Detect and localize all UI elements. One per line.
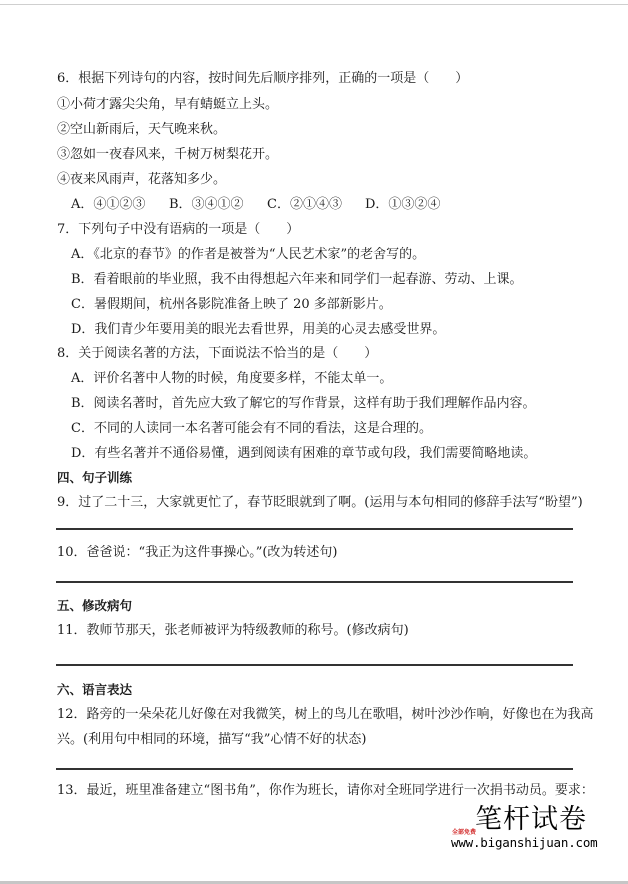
q8-option-b[interactable]: B．阅读名著时，首先应大致了解它的写作背景，这样有助于我们理解作品内容。 <box>71 396 536 412</box>
q9-stem: 9．过了二十三，大家就更忙了，春节眨眼就到了啊。(运用与本句相同的修辞手法写“盼… <box>57 495 583 511</box>
top-border <box>0 4 628 5</box>
q10-answer-line[interactable] <box>56 581 573 583</box>
q6-choice-d[interactable]: D．①③②④ <box>365 197 463 213</box>
q12-stem-line-2: 兴。(利用句中相同的环境，描写“我”心情不好的状态) <box>57 732 366 748</box>
q8-stem: 8．关于阅读名著的方法，下面说法不恰当的是（ ） <box>57 346 377 362</box>
q6-line-2: ②空山新雨后，天气晚来秋。 <box>57 122 226 138</box>
q6-stem: 6．根据下列诗句的内容，按时间先后顺序排列，正确的一项是（ ） <box>57 71 468 87</box>
q7-option-b[interactable]: B．看着眼前的毕业照，我不由得想起六年来和同学们一起春游、劳动、上课。 <box>71 272 523 288</box>
q9-answer-line[interactable] <box>56 528 573 530</box>
q6-choices: A．④①②③B．③④①②C．②①④③D．①③②④ <box>71 197 463 213</box>
q7-option-c[interactable]: C．暑假期间，杭州各影院准备上映了 20 多部新影片。 <box>71 297 392 313</box>
q8-option-d[interactable]: D．有些名著并不通俗易懂，遇到阅读有困难的章节或句段，我们需要简略地读。 <box>71 446 536 462</box>
q8-option-a[interactable]: A．评价名著中人物的时候，角度要多样，不能太单一。 <box>71 371 392 387</box>
q6-choice-c[interactable]: C．②①④③ <box>267 197 365 213</box>
q7-option-a[interactable]: A．《北京的春节》的作者是被誉为“人民艺术家”的老舍写的。 <box>71 247 425 263</box>
q6-line-3: ③忽如一夜春风来，千树万树梨花开。 <box>57 147 278 163</box>
q11-answer-line[interactable] <box>56 664 573 666</box>
q6-choice-a[interactable]: A．④①②③ <box>71 197 169 213</box>
q7-option-d[interactable]: D．我们青少年要用美的眼光去看世界，用美的心灵去感受世界。 <box>71 322 445 338</box>
section-4-heading: 四、句子训练 <box>57 470 132 486</box>
watermark-url: www.biganshijuan.com <box>451 836 598 850</box>
watermark-logo-text: 笔杆试卷 <box>475 805 587 835</box>
q8-option-c[interactable]: C．不同的人读同一本名著可能会有不同的看法，这是合理的。 <box>71 421 432 437</box>
q10-stem: 10．爸爸说：“我正为这件事操心。”(改为转述句) <box>57 545 337 561</box>
q7-stem: 7．下列句子中没有语病的一项是（ ） <box>57 222 299 238</box>
q6-line-4: ④夜来风雨声，花落知多少。 <box>57 172 226 188</box>
q6-choice-b[interactable]: B．③④①② <box>169 197 267 213</box>
q11-stem: 11．教师节那天，张老师被评为特级教师的称号。(修改病句) <box>57 623 409 639</box>
q12-stem-line-1: 12．路旁的一朵朵花儿好像在对我微笑，树上的鸟儿在歌唱，树叶沙沙作响，好像也在为… <box>57 707 594 723</box>
q13-stem: 13．最近，班里准备建立“图书角”，你作为班长，请你对全班同学进行一次捐书动员。… <box>57 783 594 799</box>
section-6-heading: 六、语言表达 <box>57 682 132 698</box>
q6-line-1: ①小荷才露尖尖角，早有蜻蜓立上头。 <box>57 97 278 113</box>
section-5-heading: 五、修改病句 <box>57 598 132 614</box>
q12-answer-line[interactable] <box>56 768 573 770</box>
